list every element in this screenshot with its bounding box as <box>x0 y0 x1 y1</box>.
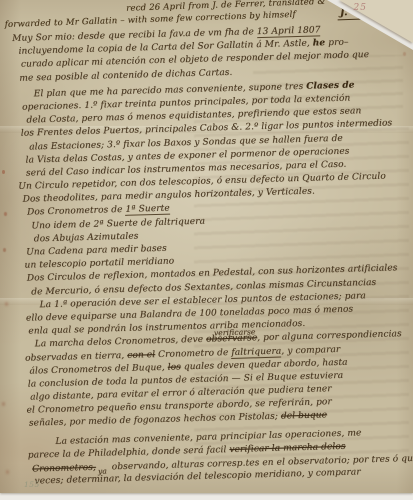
text-segment: 1ª Suerte <box>125 204 170 216</box>
struck-word: los <box>168 362 181 372</box>
folded-corner <box>339 0 413 43</box>
text-segment: Dos Cronometros de <box>27 205 126 218</box>
inserted-word: ya <box>96 466 109 475</box>
manuscript-scan: { "page": { "top_right_number": "25", "b… <box>0 0 413 500</box>
struck-words: verificar la marcha delos <box>229 442 345 455</box>
inserted-word: verificarse <box>214 326 256 340</box>
text-segment: Clases de <box>306 80 355 91</box>
underlined-word: faltriquera <box>231 346 281 358</box>
text-segment: , y comparar <box>281 344 340 356</box>
text-segment: he <box>313 38 326 48</box>
page-number-top: 25 <box>354 3 367 13</box>
correction: observarseverificarse <box>206 334 257 345</box>
text-segment: observadas en tierra, <box>25 350 127 363</box>
foxing-stains <box>2 170 5 174</box>
underlined-date: 13 April 1807 <box>257 25 321 38</box>
page-number-bottom: 155 <box>24 480 40 489</box>
struck-word: con el <box>127 350 155 361</box>
text-segment: álos Cronometros del Buque, <box>29 362 168 376</box>
struck-word: Cronometros, <box>32 463 96 475</box>
text-segment: Cronometro de <box>155 347 231 359</box>
manuscript-body: Muy Sor mio: desde que recibi la fav.a d… <box>10 22 413 489</box>
struck-words: del buque <box>281 411 327 422</box>
text-segment: , por alguna correspondiencias <box>257 329 402 343</box>
